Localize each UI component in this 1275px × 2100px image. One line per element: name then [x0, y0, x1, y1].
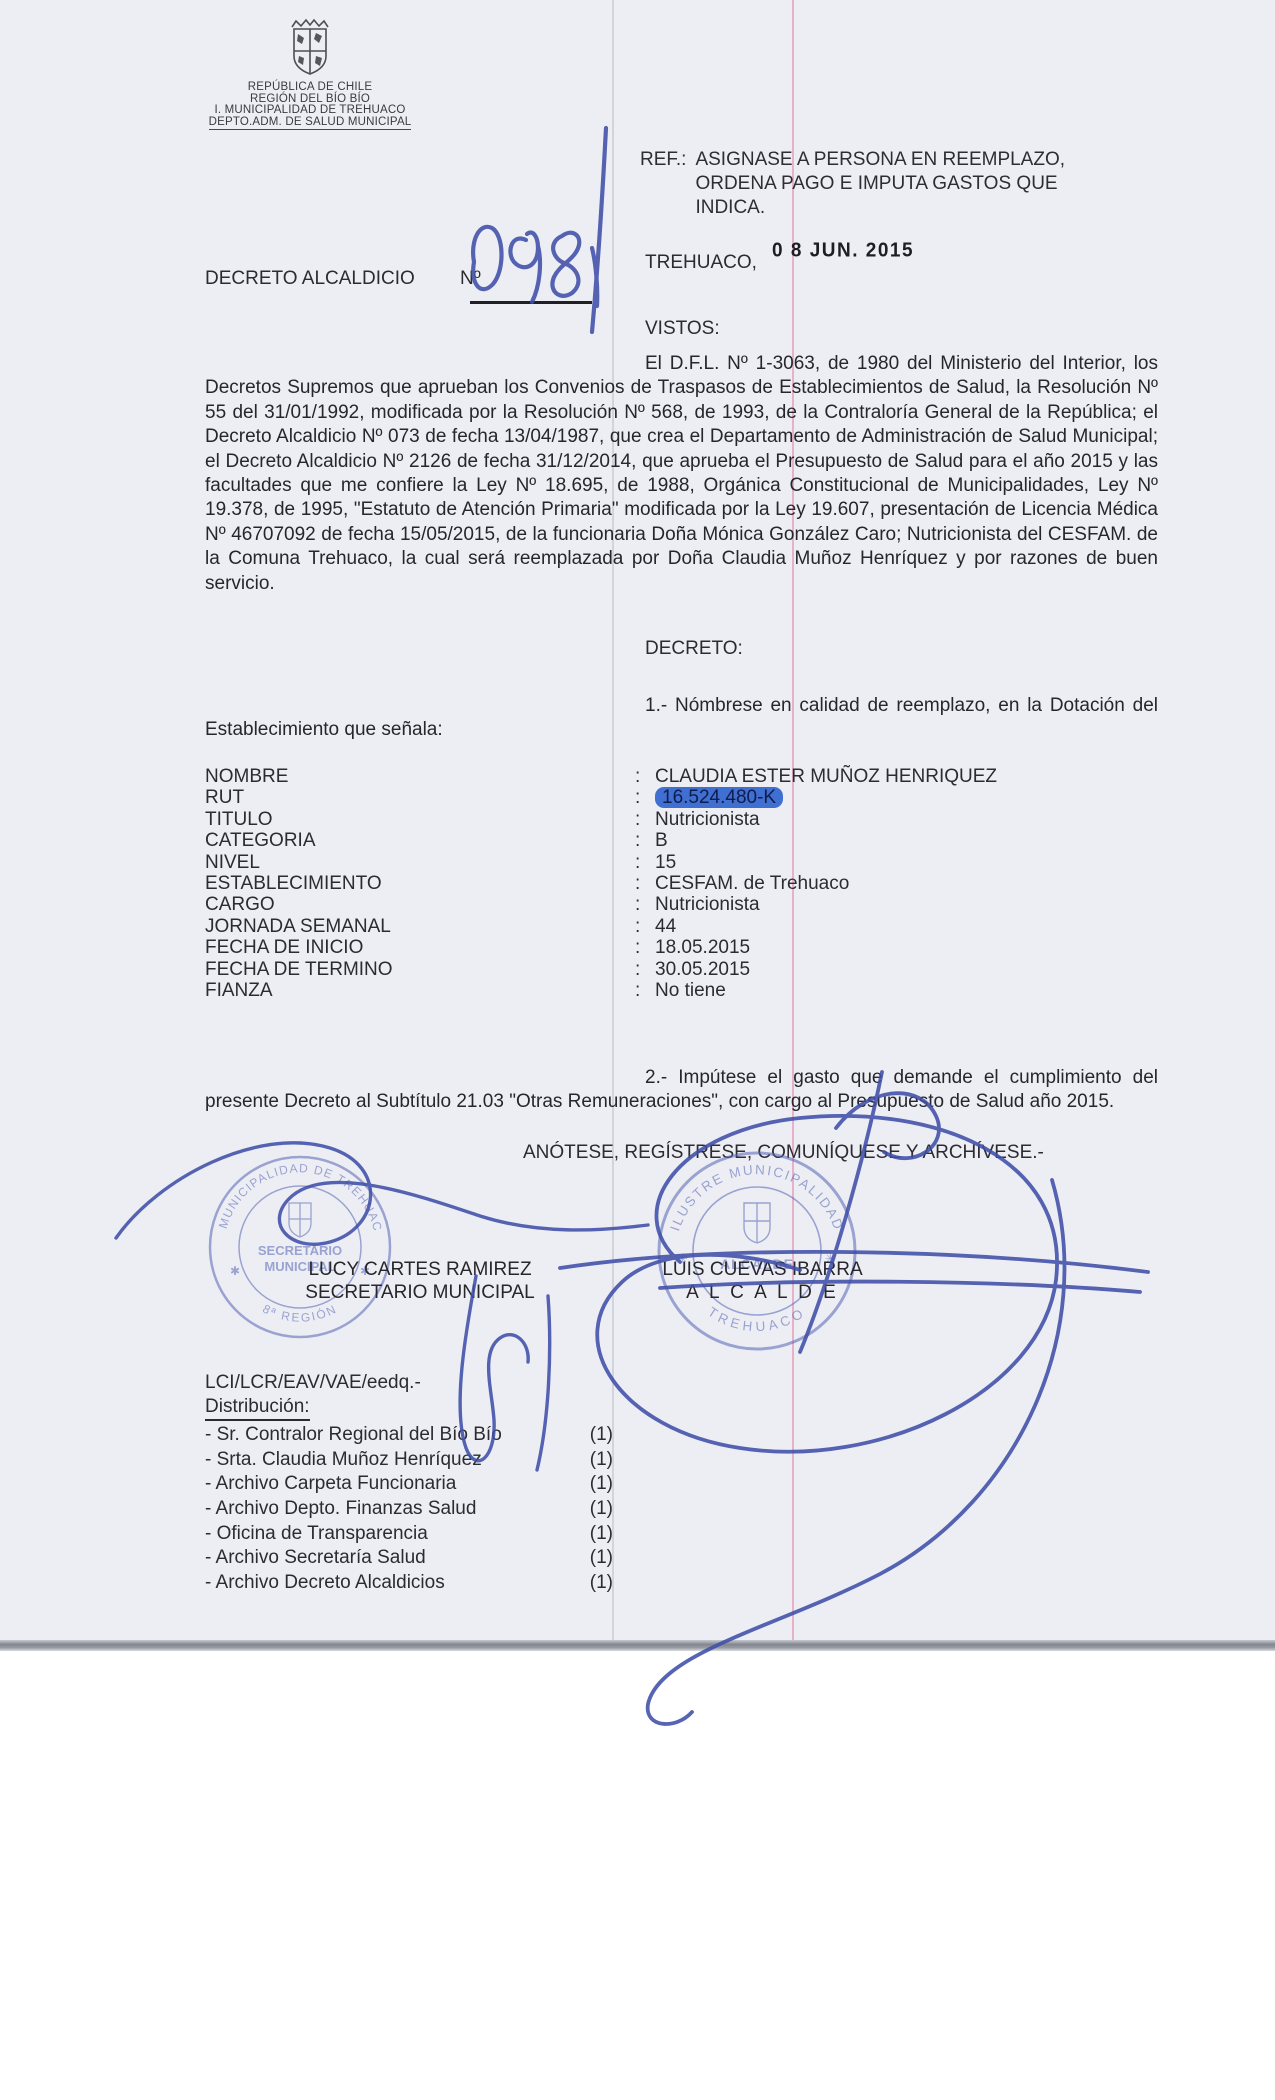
field-colon: : — [635, 916, 655, 938]
document-initials: LCI/LCR/EAV/VAE/eedq.- — [205, 1372, 421, 1394]
decreto-label: DECRETO: — [645, 638, 743, 660]
field-row-fianza: FIANZA:No tiene — [205, 980, 1158, 1001]
distribution-copies: (1) — [590, 1424, 613, 1446]
decree-article-2: 2.- Impútese el gasto que demande el cum… — [205, 1066, 1158, 1115]
field-colon: : — [635, 873, 655, 895]
decree-number-symbol: Nº — [460, 268, 481, 290]
letterhead: REPÚBLICA DE CHILE REGIÓN DEL BÍO BÍO I.… — [185, 16, 435, 130]
distribution-recipient: - Archivo Depto. Finanzas Salud — [205, 1498, 476, 1520]
distribution-copies: (1) — [590, 1523, 613, 1545]
field-row-rut: RUT:16.524.480-K — [205, 787, 1158, 808]
field-row-nombre: NOMBRE:CLAUDIA ESTER MUÑOZ HENRIQUEZ — [205, 766, 1158, 787]
field-value: 15 — [655, 852, 1158, 874]
reference-lines: ASIGNASE A PERSONA EN REEMPLAZO, ORDENA … — [695, 148, 1065, 220]
field-row-nivel: NIVEL:15 — [205, 852, 1158, 873]
rut-highlighted-value: 16.524.480-K — [655, 787, 783, 808]
field-value: No tiene — [655, 980, 1158, 1002]
alcalde-name: LUIS CUEVAS IBARRA — [615, 1258, 910, 1281]
field-row-fecha-termino: FECHA DE TERMINO:30.05.2015 — [205, 959, 1158, 980]
field-colon: : — [635, 809, 655, 831]
reference-block: REF.: ASIGNASE A PERSONA EN REEMPLAZO, O… — [640, 148, 1090, 220]
field-value: B — [655, 830, 1158, 852]
place-line: TREHUACO, — [645, 252, 757, 274]
distribution-copies: (1) — [590, 1449, 613, 1471]
field-colon: : — [635, 937, 655, 959]
distribution-recipient: - Sr. Contralor Regional del Bío Bío — [205, 1424, 502, 1446]
distribution-item: - Archivo Secretaría Salud(1) — [205, 1547, 613, 1572]
field-colon: : — [635, 830, 655, 852]
decree-number-underline — [470, 301, 592, 304]
distribution-item: - Srta. Claudia Muñoz Henríquez(1) — [205, 1449, 613, 1474]
stamp-left-center-line1: SECRETARIO — [258, 1243, 342, 1258]
distribution-item: - Sr. Contralor Regional del Bío Bío(1) — [205, 1424, 613, 1449]
field-value: CLAUDIA ESTER MUÑOZ HENRIQUEZ — [655, 766, 1158, 788]
reference-line-2: ORDENA PAGO E IMPUTA GASTOS QUE — [695, 172, 1065, 196]
svg-text:8ª REGIÓN: 8ª REGIÓN — [260, 1302, 339, 1325]
scan-page-area: REPÚBLICA DE CHILE REGIÓN DEL BÍO BÍO I.… — [0, 0, 1275, 1650]
reference-line-1: ASIGNASE A PERSONA EN REEMPLAZO, — [695, 148, 1065, 172]
field-value: 30.05.2015 — [655, 959, 1158, 981]
field-row-jornada: JORNADA SEMANAL:44 — [205, 916, 1158, 937]
date-stamp: 0 8 JUN. 2015 — [772, 239, 914, 263]
signature-block-alcalde: LUIS CUEVAS IBARRA A L C A L D E — [615, 1258, 910, 1304]
field-label: NOMBRE — [205, 766, 635, 788]
field-row-fecha-inicio: FECHA DE INICIO:18.05.2015 — [205, 937, 1158, 958]
field-label: FECHA DE TERMINO — [205, 959, 635, 981]
secretario-name: LUCY CARTES RAMIREZ — [250, 1258, 590, 1281]
scanned-decree-document: REPÚBLICA DE CHILE REGIÓN DEL BÍO BÍO I.… — [0, 0, 1275, 2100]
distribution-copies: (1) — [590, 1498, 613, 1520]
field-label: FECHA DE INICIO — [205, 937, 635, 959]
field-colon: : — [635, 787, 655, 809]
distribution-item: - Archivo Depto. Finanzas Salud(1) — [205, 1498, 613, 1523]
stamp-left-ring-bottom-text: 8ª REGIÓN — [260, 1302, 339, 1325]
coat-of-arms-icon — [283, 16, 337, 78]
svg-text:TREHUACO: TREHUACO — [705, 1304, 809, 1334]
field-label: TITULO — [205, 809, 635, 831]
field-label: NIVEL — [205, 852, 635, 874]
distribution-item: - Archivo Carpeta Funcionaria(1) — [205, 1473, 613, 1498]
reference-label: REF.: — [640, 148, 686, 220]
field-row-establecimiento: ESTABLECIMIENTO:CESFAM. de Trehuaco — [205, 873, 1158, 894]
field-value: 44 — [655, 916, 1158, 938]
distribution-recipient: - Srta. Claudia Muñoz Henríquez — [205, 1449, 482, 1471]
distribution-recipient: - Archivo Carpeta Funcionaria — [205, 1473, 456, 1495]
field-row-categoria: CATEGORIA:B — [205, 830, 1158, 851]
alcalde-title: A L C A L D E — [615, 1281, 910, 1304]
distribution-recipient: - Oficina de Transparencia — [205, 1523, 428, 1545]
letterhead-department: DEPTO.ADM. DE SALUD MUNICIPAL — [209, 117, 412, 131]
decree-title: DECRETO ALCALDICIO — [205, 268, 415, 290]
appointment-fields-table: NOMBRE:CLAUDIA ESTER MUÑOZ HENRIQUEZ RUT… — [205, 766, 1158, 1001]
distribution-copies: (1) — [590, 1473, 613, 1495]
field-colon: : — [635, 766, 655, 788]
field-label: JORNADA SEMANAL — [205, 916, 635, 938]
distribution-label: Distribución: — [205, 1396, 310, 1421]
field-label: ESTABLECIMIENTO — [205, 873, 635, 895]
secretario-municipal-stamp: I. MUNICIPALIDAD DE TREHUACO 8ª REGIÓN S… — [205, 1152, 395, 1342]
secretario-title: SECRETARIO MUNICIPAL — [250, 1281, 590, 1304]
distribution-copies: (1) — [590, 1547, 613, 1569]
field-value: 18.05.2015 — [655, 937, 1158, 959]
stamp-right-ring-bottom-text: TREHUACO — [705, 1304, 809, 1334]
field-colon: : — [635, 980, 655, 1002]
signature-block-secretario: LUCY CARTES RAMIREZ SECRETARIO MUNICIPAL — [250, 1258, 590, 1304]
field-value: Nutricionista — [655, 894, 1158, 916]
field-label: CARGO — [205, 894, 635, 916]
field-value: CESFAM. de Trehuaco — [655, 873, 1158, 895]
field-colon: : — [635, 959, 655, 981]
distribution-recipient: - Archivo Secretaría Salud — [205, 1547, 426, 1569]
letterhead-country: REPÚBLICA DE CHILE — [185, 82, 435, 94]
field-label: FIANZA — [205, 980, 635, 1002]
field-value: Nutricionista — [655, 809, 1158, 831]
distribution-recipient: - Archivo Decreto Alcaldicios — [205, 1572, 445, 1594]
distribution-copies: (1) — [590, 1572, 613, 1594]
field-colon: : — [635, 852, 655, 874]
field-row-titulo: TITULO:Nutricionista — [205, 809, 1158, 830]
vistos-paragraph: El D.F.L. Nº 1-3063, de 1980 del Ministe… — [205, 352, 1158, 596]
decree-article-1: 1.- Nómbrese en calidad de reemplazo, en… — [205, 694, 1158, 743]
reference-line-3: INDICA. — [695, 196, 1065, 220]
stamp-left-star-icon: ✱ — [230, 1264, 240, 1278]
scan-bottom-edge-shadow — [0, 1640, 1275, 1651]
vistos-label: VISTOS: — [645, 318, 720, 340]
distribution-item: - Archivo Decreto Alcaldicios(1) — [205, 1572, 613, 1597]
field-value: 16.524.480-K — [655, 787, 1158, 809]
distribution-list: - Sr. Contralor Regional del Bío Bío(1) … — [205, 1424, 613, 1597]
alcalde-stamp: ILUSTRE MUNICIPALIDAD TREHUACO ALCALDE ✳… — [652, 1146, 862, 1356]
field-label: CATEGORIA — [205, 830, 635, 852]
field-colon: : — [635, 894, 655, 916]
field-label: RUT — [205, 787, 635, 809]
distribution-item: - Oficina de Transparencia(1) — [205, 1523, 613, 1548]
field-row-cargo: CARGO:Nutricionista — [205, 894, 1158, 915]
